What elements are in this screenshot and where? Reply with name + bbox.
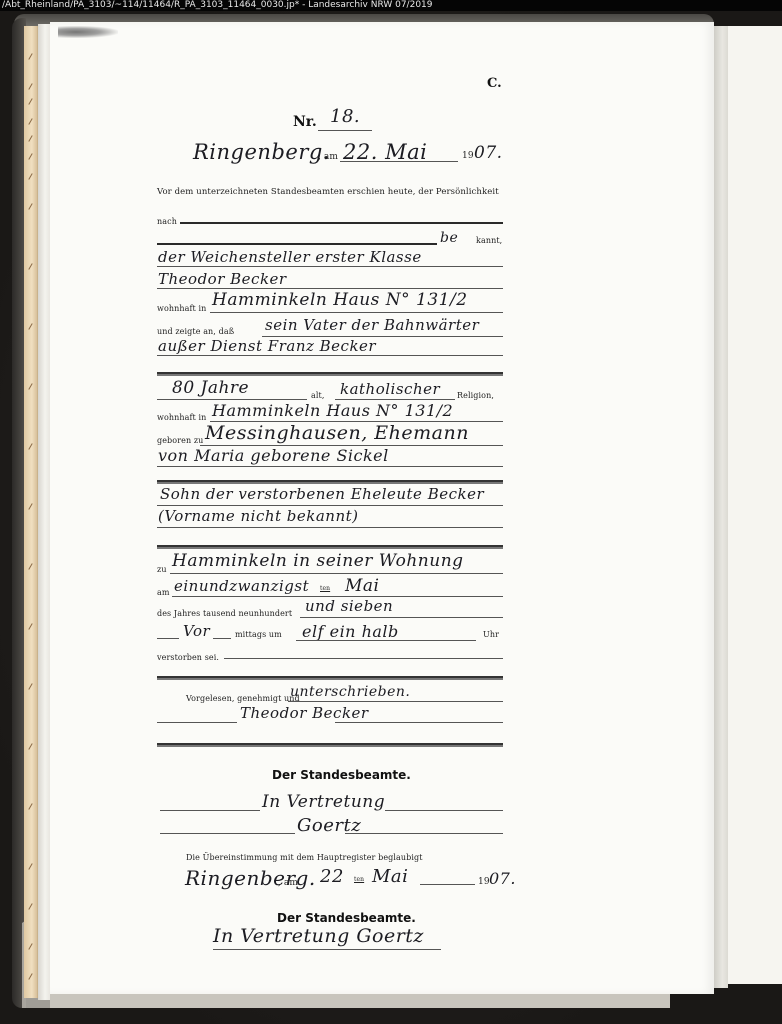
death-place: Hamminkeln in seiner Wohnung [172,551,464,571]
certify-text: Die Übereinstimmung mit dem Hauptregiste… [186,853,423,862]
entry-number: 18. [330,106,360,127]
informant-name: Theodor Becker [158,270,287,288]
header-am-label: , am [318,152,338,162]
read-label: Vorgelesen, genehmigt und [186,694,300,703]
time-prefix: Vor [183,622,210,640]
announce-label: und zeigte an, daß [157,327,234,336]
death-register-form: C. Nr. 18. Ringenberg. , am 22. Mai 19 0… [0,0,782,1024]
certify-ten-label: ten [354,876,364,883]
number-label: Nr. [293,114,317,130]
am-label-2: am [157,588,170,597]
religion-label: Religion, [457,391,494,400]
verstorben-label: verstorben sei. [157,653,219,662]
read-value: unterschrieben. [290,684,410,700]
born-label: geboren zu [157,436,203,445]
spouse-line: von Maria geborene Sickel [158,446,389,465]
header-year: 07. [474,143,503,163]
uhr-label: Uhr [483,630,499,639]
certify-year-prefix: 19 [478,877,490,887]
known-handwritten: be [440,230,458,246]
official-signature-1a: In Vertretung [262,792,385,812]
known-suffix: kannt, [476,236,502,245]
nach-label: nach [157,217,177,226]
intro-text: Vor dem unterzeichneten Standesbeamten e… [157,187,499,197]
announce-line-1: sein Vater der Bahnwärter [265,316,479,334]
certify-month: Mai [372,866,408,887]
parents-line-2: (Vorname nicht bekannt) [158,507,359,525]
official-title-1: Der Standesbeamte. [272,768,411,782]
certify-am-label: , am [278,878,298,888]
parents-line-1: Sohn der verstorbenen Eheleute Becker [160,485,484,503]
death-month: Mai [345,576,379,596]
year-label: des Jahres tausend neunhundert [157,609,292,618]
death-day: einundzwanzigst [174,577,309,595]
certify-day: 22 [320,866,344,887]
header-place: Ringenberg. [193,140,330,164]
informant-signature: Theodor Becker [240,704,369,722]
residence-label-1: wohnhaft in [157,304,206,313]
official-signature-2: In Vertretung Goertz [213,925,424,947]
announce-line-2: außer Dienst Franz Becker [158,337,376,355]
form-letter: C. [487,76,502,91]
official-title-2: Der Standesbeamte. [277,911,416,925]
death-year-words: und sieben [305,597,393,615]
certify-year: 07. [489,869,516,888]
age-value: 80 Jahre [172,378,249,398]
time-value: elf ein halb [302,622,399,641]
deceased-residence: Hamminkeln Haus N° 131/2 [212,401,453,420]
header-year-prefix: 19 [462,151,474,161]
birth-place: Messinghausen, Ehemann [205,422,469,444]
informant-occupation: der Weichensteller erster Klasse [158,248,422,266]
age-label: alt, [311,391,325,400]
informant-residence: Hamminkeln Haus N° 131/2 [212,290,468,310]
residence-label-2: wohnhaft in [157,413,206,422]
ten-label: ten [320,585,330,592]
zu-label: zu [157,565,167,574]
religion-value: katholischer [340,380,440,398]
time-label: mittags um [235,630,282,639]
